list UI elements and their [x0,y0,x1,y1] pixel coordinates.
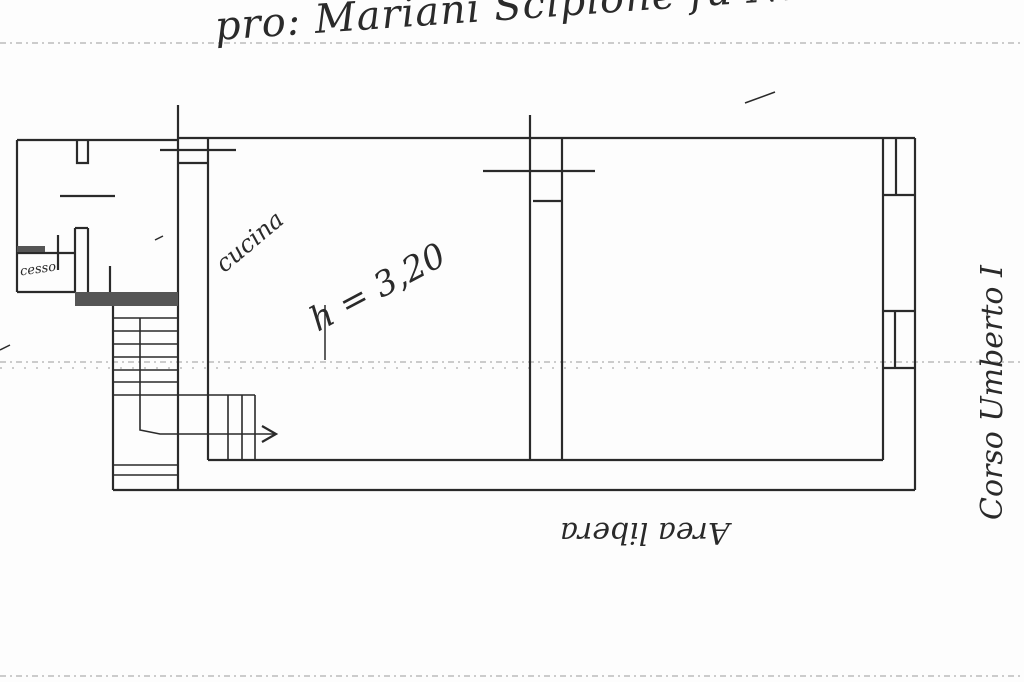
staircase [113,318,276,475]
street-label: Corso Umberto I [975,265,1010,520]
floor-plan-drawing [0,0,1024,682]
filled-wall [75,292,178,306]
floor-plan-sheet: pro: Mariani Scipione fu Nicola cucina h… [0,0,1024,682]
open-area-label: Area libera [560,515,730,550]
filled-wall-bath [17,246,45,252]
pen-marks [0,92,775,360]
